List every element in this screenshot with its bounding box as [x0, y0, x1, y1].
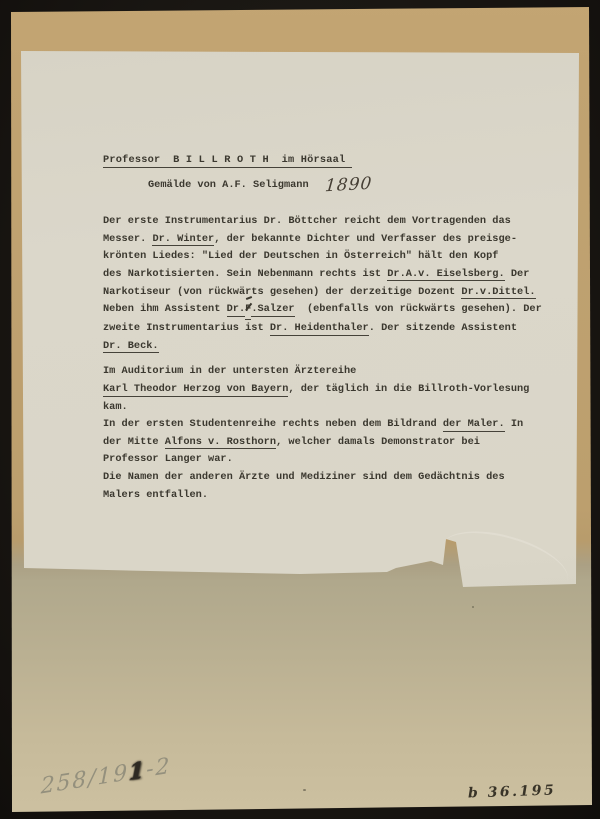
text-segment: Im Auditorium in der untersten Ärztereih…: [103, 365, 356, 377]
document-title-text: Professor B I L L R O T H im Hörsaal: [103, 154, 352, 168]
pencil-number-blob: 1: [129, 756, 147, 785]
text-segment: Neben ihm Assistent: [103, 303, 227, 315]
paragraph: Der erste Instrumentarius Dr. Böttcher r…: [103, 213, 555, 355]
text-line: kam.: [103, 399, 555, 417]
text-segment: Der erste Instrumentarius Dr. Böttcher r…: [103, 215, 511, 227]
underlined-name: Dr. Winter: [152, 233, 214, 247]
text-line: Professor Langer war.: [103, 451, 555, 469]
text-segment: In der ersten Studentenreihe rechts nebe…: [103, 418, 443, 430]
typed-paragraphs: Der erste Instrumentarius Dr. Böttcher r…: [103, 213, 555, 504]
underlined-name: Dr. Heidenthaler: [270, 322, 369, 336]
text-segment: Der: [505, 268, 530, 280]
text-segment: Narkotiseur (von rückwärts gesehen) der …: [103, 286, 461, 298]
text-segment: , der bekannte Dichter und Verfasser des…: [214, 233, 517, 245]
handwritten-year: 1890: [324, 174, 373, 197]
text-segment: (ebenfalls von rückwärts gesehen). Der: [295, 303, 542, 315]
text-segment: Messer.: [103, 233, 152, 245]
typed-text-block: Professor B I L L R O T H im Hörsaal Gem…: [103, 152, 555, 504]
ink-inventory-number: b 36.195: [468, 782, 557, 801]
dust-speck: [472, 606, 474, 608]
text-line: Im Auditorium in der untersten Ärztereih…: [103, 363, 555, 381]
underlined-name: Dr.A.v. Eiselsberg.: [387, 268, 504, 282]
text-line: Narkotiseur (von rückwärts gesehen) der …: [103, 284, 555, 302]
underlined-name: Dr.: [227, 303, 246, 317]
pencil-number-part2: -2: [146, 753, 172, 782]
text-segment: , der täglich in die Billroth-Vorlesung: [288, 383, 529, 395]
text-line: Die Namen der anderen Ärzte und Medizine…: [103, 469, 555, 487]
underlined-name: Alfons v. Rosthorn: [165, 436, 276, 450]
dust-speck: [303, 789, 306, 791]
text-line: Der erste Instrumentarius Dr. Böttcher r…: [103, 213, 555, 231]
text-line: zweite Instrumentarius ist Dr. Heidentha…: [103, 320, 555, 338]
text-line: Dr. Beck.: [103, 338, 555, 356]
text-line: des Narkotisierten. Sein Nebenmann recht…: [103, 266, 555, 284]
text-segment: Professor Langer war.: [103, 453, 233, 465]
text-line: der Mitte Alfons v. Rosthorn, welcher da…: [103, 434, 555, 452]
underlined-name: .Salzer: [251, 303, 294, 317]
paragraph: Im Auditorium in der untersten Ärztereih…: [103, 363, 555, 504]
document-title: Professor B I L L R O T H im Hörsaal: [103, 152, 555, 170]
text-line: Malers entfallen.: [103, 487, 555, 505]
underlined-name: Dr. Beck.: [103, 340, 159, 354]
text-segment: kam.: [103, 401, 128, 413]
text-segment: der Mitte: [103, 436, 165, 448]
text-segment: des Narkotisierten. Sein Nebenmann recht…: [103, 268, 387, 280]
text-segment: , welcher damals Demonstrator bei: [276, 436, 480, 448]
text-line: Neben ihm Assistent Dr.F.Salzer (ebenfal…: [103, 301, 555, 320]
underlined-name: der Maler.: [443, 418, 505, 432]
underlined-name: Dr.v.Dittel.: [461, 286, 535, 300]
text-line: In der ersten Studentenreihe rechts nebe…: [103, 416, 555, 434]
text-segment: krönten Liedes: "Lied der Deutschen in Ö…: [103, 250, 498, 262]
document-subtitle-text: Gemälde von A.F. Seligmann: [148, 179, 309, 191]
underlined-name: F: [245, 301, 251, 320]
underlined-name: Karl Theodor Herzog von Bayern: [103, 383, 288, 397]
text-segment: Malers entfallen.: [103, 489, 208, 501]
text-line: Messer. Dr. Winter, der bekannte Dichter…: [103, 231, 555, 249]
text-segment: In: [505, 418, 524, 430]
text-line: Karl Theodor Herzog von Bayern, der tägl…: [103, 381, 555, 399]
text-segment: Die Namen der anderen Ärzte und Medizine…: [103, 471, 505, 483]
photo-backdrop: Professor B I L L R O T H im Hörsaal Gem…: [0, 0, 600, 819]
text-line: krönten Liedes: "Lied der Deutschen in Ö…: [103, 248, 555, 266]
text-segment: zweite Instrumentarius ist: [103, 322, 270, 334]
text-segment: . Der sitzende Assistent: [369, 322, 517, 334]
